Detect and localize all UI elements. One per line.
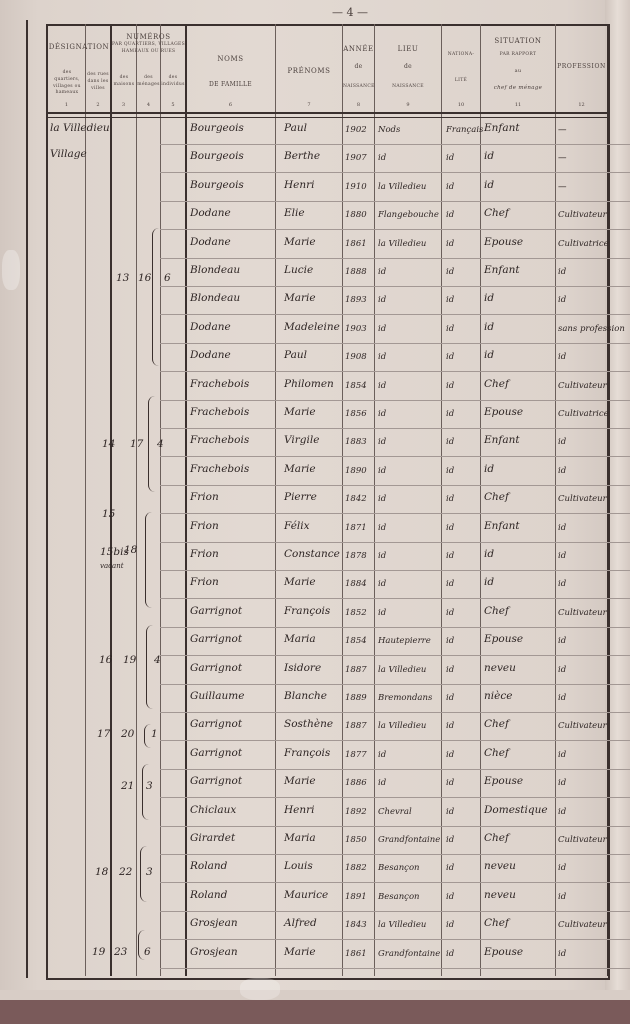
birthplace-cell: Grandfontaine	[378, 949, 440, 959]
surname-cell: Blondeau	[190, 264, 240, 276]
maison-number: 13	[116, 272, 129, 284]
household-role-cell: id	[484, 463, 494, 475]
profession-cell: id	[558, 551, 566, 561]
locality-name: la Villedieu	[50, 122, 110, 134]
nationality-cell: id	[446, 239, 454, 249]
row-rule	[160, 627, 630, 628]
surname-cell: Roland	[190, 889, 227, 901]
profession-cell: Cultivateur	[558, 835, 607, 845]
birth-year-cell: 1880	[345, 210, 367, 220]
household-brace	[146, 625, 153, 709]
household-role-cell: id	[484, 349, 494, 361]
maison-number: 17	[97, 728, 110, 740]
header-separator	[48, 112, 607, 118]
nationality-cell: id	[446, 494, 454, 504]
household-role-cell: nièce	[484, 690, 512, 702]
header-numeros-individus: des individus	[161, 75, 185, 89]
menage-number: 18	[124, 544, 137, 556]
birthplace-cell: id	[378, 494, 386, 504]
maison-number: 19	[92, 946, 105, 958]
profession-cell: id	[558, 892, 566, 902]
menage-number: 19	[123, 654, 136, 666]
col-number: 9	[375, 102, 441, 108]
nationality-cell: id	[446, 721, 454, 731]
row-rule	[160, 769, 630, 770]
col-number: 8	[343, 102, 374, 108]
household-role-cell: Chef	[484, 378, 509, 390]
surname-cell: Girardet	[190, 832, 235, 844]
header-prenoms: PRÉNOMS	[276, 66, 342, 77]
birthplace-cell: Besançon	[378, 863, 420, 873]
maison-number: 14	[102, 438, 115, 450]
header-annee-de: de	[343, 62, 374, 71]
firstname-cell: Marie	[284, 775, 316, 787]
surname-cell: Blondeau	[190, 292, 240, 304]
header-situation-sub3: chef de ménage	[481, 84, 555, 92]
firstname-cell: Marie	[284, 576, 316, 588]
individus-count: 4	[157, 438, 164, 450]
row-rule	[160, 371, 630, 372]
col-number: 4	[137, 102, 160, 108]
row-rule	[160, 485, 630, 486]
maison-note: vacant	[100, 562, 124, 570]
header-lieu: LIEU	[375, 44, 441, 55]
header-nationalite: NATIONA-	[442, 52, 480, 59]
household-role-cell: id	[484, 292, 494, 304]
firstname-cell: Paul	[284, 122, 307, 134]
household-brace	[152, 228, 159, 366]
profession-cell: id	[558, 466, 566, 476]
household-role-cell: Epouse	[484, 406, 523, 418]
surname-cell: Dodane	[190, 207, 231, 219]
paper-stain	[240, 978, 280, 1000]
firstname-cell: Philomen	[284, 378, 334, 390]
col-number: 6	[186, 102, 275, 108]
birthplace-cell: la Villedieu	[378, 721, 426, 731]
row-rule	[160, 797, 630, 798]
surname-cell: Garrignot	[190, 775, 242, 787]
firstname-cell: Paul	[284, 349, 307, 361]
profession-cell: Cultivatrice	[558, 239, 609, 249]
margin-rule	[26, 20, 28, 978]
birthplace-cell: id	[378, 523, 386, 533]
firstname-cell: Maria	[284, 633, 316, 645]
col-rule	[110, 24, 112, 976]
profession-cell: Cultivateur	[558, 381, 607, 391]
surname-cell: Frachebois	[190, 434, 249, 446]
profession-cell: sans profession	[558, 324, 625, 334]
row-rule	[160, 229, 630, 230]
surname-cell: Frachebois	[190, 463, 249, 475]
firstname-cell: Virgile	[284, 434, 319, 446]
birth-year-cell: 1843	[345, 920, 367, 930]
household-role-cell: Epouse	[484, 775, 523, 787]
household-role-cell: Epouse	[484, 236, 523, 248]
individus-count: 6	[164, 272, 171, 284]
header-annee-sub: NAISSANCE	[343, 84, 374, 91]
firstname-cell: Berthe	[284, 150, 320, 162]
birth-year-cell: 1861	[345, 949, 367, 959]
header-designation-sub1: des quartiers, villages ou hameaux	[50, 70, 84, 97]
row-rule	[160, 939, 630, 940]
birthplace-cell: id	[378, 409, 386, 419]
header-numeros: NUMÉROS	[112, 32, 185, 43]
birthplace-cell: la Villedieu	[378, 920, 426, 930]
profession-cell: id	[558, 665, 566, 675]
census-table-frame	[46, 24, 610, 980]
birth-year-cell: 1861	[345, 239, 367, 249]
birthplace-cell: id	[378, 324, 386, 334]
birthplace-cell: la Villedieu	[378, 239, 426, 249]
birth-year-cell: 1903	[345, 324, 367, 334]
col-number: 2	[86, 102, 110, 108]
nationality-cell: id	[446, 920, 454, 930]
birthplace-cell: id	[378, 551, 386, 561]
header-numeros-sub: PAR QUARTIERS, VILLAGES HAMEAUX OU RUES	[112, 42, 185, 56]
firstname-cell: Maria	[284, 832, 316, 844]
profession-cell: id	[558, 636, 566, 646]
menage-number: 23	[114, 946, 127, 958]
household-role-cell: Chef	[484, 917, 509, 929]
surname-cell: Garrignot	[190, 747, 242, 759]
col-number: 11	[481, 102, 555, 108]
birth-year-cell: 1856	[345, 409, 367, 419]
household-role-cell: Chef	[484, 718, 509, 730]
nationality-cell: id	[446, 466, 454, 476]
maison-number: 15	[102, 508, 115, 520]
nationality-cell: id	[446, 352, 454, 362]
header-lieu-sub: NAISSANCE	[375, 84, 441, 91]
birth-year-cell: 1890	[345, 466, 367, 476]
menage-number: 21	[121, 780, 134, 792]
row-rule	[160, 655, 630, 656]
nationality-cell: id	[446, 523, 454, 533]
nationality-cell: id	[446, 381, 454, 391]
row-rule	[160, 456, 630, 457]
surname-cell: Garrignot	[190, 718, 242, 730]
row-rule	[160, 826, 630, 827]
household-brace	[144, 724, 151, 748]
firstname-cell: Blanche	[284, 690, 327, 702]
household-role-cell: Chef	[484, 605, 509, 617]
col-rule	[136, 24, 137, 976]
household-role-cell: Enfant	[484, 434, 520, 446]
menage-number: 22	[119, 866, 132, 878]
profession-cell: Cultivateur	[558, 721, 607, 731]
birthplace-cell: Flangebouche	[378, 210, 439, 220]
firstname-cell: Sosthène	[284, 718, 333, 730]
row-rule	[160, 343, 630, 344]
birth-year-cell: 1852	[345, 608, 367, 618]
birthplace-cell: id	[378, 608, 386, 618]
household-brace	[138, 930, 145, 960]
row-rule	[160, 882, 630, 883]
header-profession: PROFESSION	[556, 62, 607, 71]
birthplace-cell: id	[378, 750, 386, 760]
household-brace	[142, 764, 149, 820]
col-number: 1	[48, 102, 85, 108]
birth-year-cell: 1842	[345, 494, 367, 504]
household-role-cell: neveu	[484, 889, 516, 901]
header-designation: DÉSIGNATION	[48, 42, 110, 53]
birth-year-cell: 1854	[345, 636, 367, 646]
profession-cell: Cultivateur	[558, 494, 607, 504]
nationality-cell: id	[446, 579, 454, 589]
col-rule	[342, 24, 343, 976]
birthplace-cell: la Villedieu	[378, 665, 426, 675]
surname-cell: Frion	[190, 520, 219, 532]
nationality-cell: id	[446, 210, 454, 220]
col-rule	[85, 24, 86, 976]
birthplace-cell: Besançon	[378, 892, 420, 902]
col-rule	[374, 24, 375, 976]
header-numeros-maisons: des maisons	[112, 75, 136, 89]
row-rule	[160, 258, 630, 259]
birth-year-cell: 1888	[345, 267, 367, 277]
birth-year-cell: 1882	[345, 863, 367, 873]
household-role-cell: Epouse	[484, 633, 523, 645]
birth-year-cell: 1871	[345, 523, 367, 533]
nationality-cell: id	[446, 750, 454, 760]
menage-number: 20	[121, 728, 134, 740]
birth-year-cell: 1877	[345, 750, 367, 760]
profession-cell: —	[558, 125, 567, 135]
birth-year-cell: 1884	[345, 579, 367, 589]
household-role-cell: id	[484, 150, 494, 162]
header-designation-sub2: des rues dans les villes	[86, 72, 110, 92]
row-rule	[160, 400, 630, 401]
row-rule	[160, 598, 630, 599]
row-rule	[160, 201, 630, 202]
surname-cell: Garrignot	[190, 605, 242, 617]
firstname-cell: Lucie	[284, 264, 313, 276]
birth-year-cell: 1850	[345, 835, 367, 845]
household-role-cell: Chef	[484, 207, 509, 219]
firstname-cell: Marie	[284, 292, 316, 304]
firstname-cell: Marie	[284, 463, 316, 475]
header-noms-sub: DE FAMILLE	[186, 80, 275, 89]
birth-year-cell: 1887	[345, 665, 367, 675]
birth-year-cell: 1891	[345, 892, 367, 902]
row-rule	[160, 513, 630, 514]
birth-year-cell: 1883	[345, 437, 367, 447]
col-rule	[441, 24, 442, 976]
surname-cell: Dodane	[190, 349, 231, 361]
row-rule	[160, 286, 630, 287]
firstname-cell: Isidore	[284, 662, 321, 674]
profession-cell: id	[558, 295, 566, 305]
col-number: 12	[556, 102, 607, 108]
col-rule	[275, 24, 276, 976]
surname-cell: Frachebois	[190, 406, 249, 418]
firstname-cell: François	[284, 605, 330, 617]
birth-year-cell: 1878	[345, 551, 367, 561]
birth-year-cell: 1886	[345, 778, 367, 788]
profession-cell: id	[558, 579, 566, 589]
census-page: — 4 — DÉSIGNATION des quartiers, village…	[0, 0, 630, 1024]
birth-year-cell: 1892	[345, 807, 367, 817]
row-rule	[160, 428, 630, 429]
profession-cell: id	[558, 267, 566, 277]
firstname-cell: Marie	[284, 946, 316, 958]
birth-year-cell: 1910	[345, 182, 367, 192]
nationality-cell: id	[446, 437, 454, 447]
nationality-cell: id	[446, 863, 454, 873]
profession-cell: id	[558, 750, 566, 760]
household-role-cell: Domestique	[484, 804, 548, 816]
household-brace	[148, 396, 155, 492]
profession-cell: Cultivateur	[558, 920, 607, 930]
firstname-cell: Louis	[284, 860, 313, 872]
profession-cell: —	[558, 182, 567, 192]
surname-cell: Frion	[190, 491, 219, 503]
firstname-cell: Henri	[284, 804, 315, 816]
row-rule	[160, 172, 630, 173]
surname-cell: Dodane	[190, 236, 231, 248]
row-rule	[160, 314, 630, 315]
surname-cell: Garrignot	[190, 662, 242, 674]
household-role-cell: Enfant	[484, 122, 520, 134]
surname-cell: Garrignot	[190, 633, 242, 645]
household-role-cell: Enfant	[484, 520, 520, 532]
row-rule	[160, 854, 630, 855]
birthplace-cell: Hautepierre	[378, 636, 431, 646]
profession-cell: id	[558, 352, 566, 362]
household-brace	[145, 512, 152, 608]
household-role-cell: Chef	[484, 747, 509, 759]
household-role-cell: id	[484, 576, 494, 588]
profession-cell: Cultivatrice	[558, 409, 609, 419]
individus-count: 6	[144, 946, 151, 958]
header-situation-sub1: PAR RAPPORT	[481, 52, 555, 59]
row-rule	[160, 968, 630, 969]
profession-cell: Cultivateur	[558, 608, 607, 618]
household-role-cell: neveu	[484, 662, 516, 674]
nationality-cell: id	[446, 892, 454, 902]
household-role-cell: Chef	[484, 491, 509, 503]
row-rule	[160, 570, 630, 571]
row-rule	[160, 740, 630, 741]
birth-year-cell: 1893	[345, 295, 367, 305]
birth-year-cell: 1854	[345, 381, 367, 391]
col-number: 10	[442, 102, 480, 108]
col-rule	[160, 24, 161, 976]
firstname-cell: Madeleine	[284, 321, 340, 333]
header-lieu-de: de	[375, 62, 441, 71]
surname-cell: Grosjean	[190, 917, 238, 929]
profession-cell: id	[558, 807, 566, 817]
individus-count: 1	[151, 728, 158, 740]
household-role-cell: neveu	[484, 860, 516, 872]
surname-cell: Guillaume	[190, 690, 244, 702]
birthplace-cell: Nods	[378, 125, 400, 135]
firstname-cell: Félix	[284, 520, 310, 532]
col-number: 3	[111, 102, 136, 108]
birth-year-cell: 1902	[345, 125, 367, 135]
col-number: 7	[276, 102, 342, 108]
nationality-cell: id	[446, 551, 454, 561]
nationality-cell: id	[446, 693, 454, 703]
nationality-cell: Français	[446, 125, 483, 135]
surname-cell: Roland	[190, 860, 227, 872]
row-rule	[160, 542, 630, 543]
row-rule	[160, 144, 630, 145]
surname-cell: Frion	[190, 548, 219, 560]
birthplace-cell: Bremondans	[378, 693, 432, 703]
birthplace-cell: id	[378, 352, 386, 362]
profession-cell: Cultivateur	[558, 210, 607, 220]
col-rule	[607, 24, 609, 976]
birth-year-cell: 1887	[345, 721, 367, 731]
firstname-cell: Maurice	[284, 889, 328, 901]
household-role-cell: id	[484, 179, 494, 191]
surname-cell: Bourgeois	[190, 122, 244, 134]
nationality-cell: id	[446, 636, 454, 646]
surname-cell: Chiclaux	[190, 804, 236, 816]
birthplace-cell: id	[378, 466, 386, 476]
profession-cell: id	[558, 863, 566, 873]
household-brace	[140, 846, 147, 902]
row-rule	[160, 712, 630, 713]
birthplace-cell: Chevral	[378, 807, 412, 817]
maison-number: 18	[95, 866, 108, 878]
nationality-cell: id	[446, 267, 454, 277]
surname-cell: Bourgeois	[190, 150, 244, 162]
birth-year-cell: 1908	[345, 352, 367, 362]
header-situation: SITUATION	[481, 36, 555, 47]
paper-stain	[2, 250, 20, 290]
row-rule	[160, 684, 630, 685]
household-role-cell: Chef	[484, 832, 509, 844]
firstname-cell: Marie	[284, 406, 316, 418]
nationality-cell: id	[446, 807, 454, 817]
nationality-cell: id	[446, 665, 454, 675]
col-rule	[480, 24, 481, 976]
surname-cell: Grosjean	[190, 946, 238, 958]
header-noms: NOMS	[186, 54, 275, 65]
header-annee: ANNÉE	[343, 44, 374, 55]
birth-year-cell: 1907	[345, 153, 367, 163]
nationality-cell: id	[446, 409, 454, 419]
birthplace-cell: id	[378, 153, 386, 163]
profession-cell: —	[558, 153, 567, 163]
maison-number: 16	[99, 654, 112, 666]
surname-cell: Frion	[190, 576, 219, 588]
nationality-cell: id	[446, 153, 454, 163]
menage-number: 17	[130, 438, 143, 450]
header-numeros-menages: des ménages	[137, 75, 160, 89]
birthplace-cell: id	[378, 778, 386, 788]
birthplace-cell: id	[378, 267, 386, 277]
header-nationalite2: LITÉ	[442, 78, 480, 85]
col-rule	[555, 24, 556, 976]
birthplace-cell: la Villedieu	[378, 182, 426, 192]
row-rule	[160, 911, 630, 912]
birthplace-cell: id	[378, 381, 386, 391]
surname-cell: Frachebois	[190, 378, 249, 390]
profession-cell: id	[558, 949, 566, 959]
surname-cell: Dodane	[190, 321, 231, 333]
birthplace-cell: id	[378, 437, 386, 447]
nationality-cell: id	[446, 778, 454, 788]
profession-cell: id	[558, 693, 566, 703]
surname-cell: Bourgeois	[190, 179, 244, 191]
profession-cell: id	[558, 437, 566, 447]
firstname-cell: Elie	[284, 207, 305, 219]
menage-number: 16	[138, 272, 151, 284]
nationality-cell: id	[446, 182, 454, 192]
col-number: 5	[161, 102, 185, 108]
